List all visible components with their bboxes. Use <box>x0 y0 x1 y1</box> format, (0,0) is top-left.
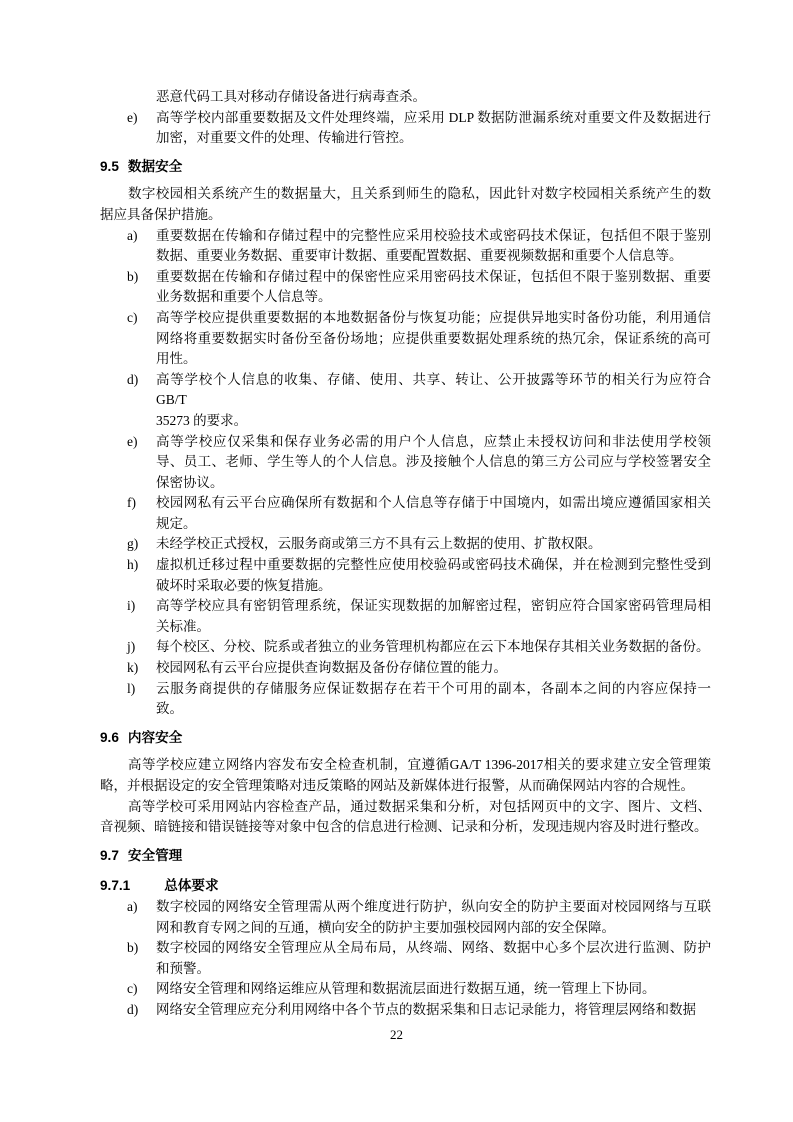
list-item: b)数字校园的网络安全管理应从全局布局，从终端、网络、数据中心多个层次进行监测、… <box>100 938 711 979</box>
paragraph: 数字校园相关系统产生的数据量大，且关系到师生的隐私，因此针对数字校园相关系统产生… <box>100 184 711 225</box>
list-item-marker: d) <box>127 370 138 391</box>
paragraph-line: 高等学校应建立网络内容发布安全检查机制，宜遵循GA/T 1396-2017相关的… <box>100 755 711 776</box>
paragraph-line: 音视频、暗链接和错误链接等对象中包含的信息进行检测、记录和分析，发现违规内容及时… <box>100 817 711 838</box>
list-item-line: 恶意代码工具对移动存储设备进行病毒查杀。 <box>156 87 711 108</box>
list-item-line: 高等学校应具有密钥管理系统，保证实现数据的加解密过程，密钥应符合国家密码管理局相 <box>156 596 711 617</box>
list-item-marker: l) <box>127 679 135 700</box>
list-item-marker: b) <box>127 267 138 288</box>
heading-title: 总体要求 <box>164 878 218 893</box>
list-item-line: 网络安全管理应充分利用网络中各个节点的数据采集和日志记录能力，将管理层网络和数据 <box>156 1000 711 1021</box>
list-item-line: 校园网私有云平台应提供查询数据及备份存储位置的能力。 <box>156 658 711 679</box>
heading-title: 数据安全 <box>128 159 182 174</box>
list-item-line: 高等学校个人信息的收集、存储、使用、共享、转让、公开披露等环节的相关行为应符合 … <box>156 370 711 411</box>
document-page: 恶意代码工具对移动存储设备进行病毒查杀。e)高等学校内部重要数据及文件处理终端，… <box>0 0 793 1122</box>
heading-number: 9.7 <box>100 848 119 863</box>
list-item-line: 保密协议。 <box>156 473 711 494</box>
paragraph-line: 据应具备保护措施。 <box>100 205 711 226</box>
list-item-marker: g) <box>127 534 138 555</box>
list-item-line: 致。 <box>156 699 711 720</box>
paragraph-line: 高等学校可采用网站内容检查产品，通过数据采集和分析，对包括网页中的文字、图片、文… <box>100 797 711 818</box>
list-item: h)虚拟机迁移过程中重要数据的完整性应使用校验码或密码技术确保，并在检测到完整性… <box>100 555 711 596</box>
list-item-line: 破坏时采取必要的恢复措施。 <box>156 576 711 597</box>
list-item: k)校园网私有云平台应提供查询数据及备份存储位置的能力。 <box>100 658 711 679</box>
list-item-marker: a) <box>127 897 138 918</box>
list-item-marker: h) <box>127 555 138 576</box>
list-item-line: 关标准。 <box>156 617 711 638</box>
list-item: d)高等学校个人信息的收集、存储、使用、共享、转让、公开披露等环节的相关行为应符… <box>100 370 711 432</box>
list-item: a)重要数据在传输和存储过程中的完整性应采用校验技术或密码技术保证，包括但不限于… <box>100 226 711 267</box>
paragraph: 高等学校可采用网站内容检查产品，通过数据采集和分析，对包括网页中的文字、图片、文… <box>100 797 711 838</box>
list-item-line: 虚拟机迁移过程中重要数据的完整性应使用校验码或密码技术确保，并在检测到完整性受到 <box>156 555 711 576</box>
document-body: 恶意代码工具对移动存储设备进行病毒查杀。e)高等学校内部重要数据及文件处理终端，… <box>100 87 711 1021</box>
list-item: l)云服务商提供的存储服务应保证数据存在若干个可用的副本，各副本之间的内容应保持… <box>100 679 711 720</box>
list-item: c)网络安全管理和网络运维应从管理和数据流层面进行数据互通，统一管理上下协同。 <box>100 979 711 1000</box>
list-item: b)重要数据在传输和存储过程中的保密性应采用密码技术保证，包括但不限于鉴别数据、… <box>100 267 711 308</box>
list-item-marker: c) <box>127 308 138 329</box>
list-item-line: 网络安全管理和网络运维应从管理和数据流层面进行数据互通，统一管理上下协同。 <box>156 979 711 1000</box>
heading-number: 9.5 <box>100 159 119 174</box>
list-item-line: 校园网私有云平台应确保所有数据和个人信息等存储于中国境内，如需出境应遵循国家相关 <box>156 493 711 514</box>
paragraph-line: 数字校园相关系统产生的数据量大，且关系到师生的隐私，因此针对数字校园相关系统产生… <box>100 184 711 205</box>
heading-title: 安全管理 <box>128 848 182 863</box>
subsection-heading: 9.7.1总体要求 <box>100 876 711 897</box>
list-item-line: 高等学校内部重要数据及文件处理终端，应采用 DLP 数据防泄漏系统对重要文件及数… <box>156 108 711 129</box>
list-item-line: 用性。 <box>156 349 711 370</box>
list-item: g)未经学校正式授权，云服务商或第三方不具有云上数据的使用、扩散权限。 <box>100 534 711 555</box>
list-item-marker: f) <box>127 493 136 514</box>
list-item-marker: k) <box>127 658 138 679</box>
list-item-marker: e) <box>127 432 138 453</box>
list-item: e)高等学校内部重要数据及文件处理终端，应采用 DLP 数据防泄漏系统对重要文件… <box>100 108 711 149</box>
list-item-line: 导、员工、老师、学生等人的个人信息。涉及接触个人信息的第三方公司应与学校签署安全 <box>156 452 711 473</box>
list-item-marker: e) <box>127 108 138 129</box>
list-item-marker: a) <box>127 226 138 247</box>
list-item: 恶意代码工具对移动存储设备进行病毒查杀。 <box>100 87 711 108</box>
heading-number: 9.7.1 <box>100 878 130 893</box>
heading-title: 内容安全 <box>128 730 182 745</box>
page-number: 22 <box>0 1027 793 1043</box>
list-item-line: 高等学校应提供重要数据的本地数据备份与恢复功能；应提供异地实时备份功能，利用通信 <box>156 308 711 329</box>
list-item-marker: b) <box>127 938 138 959</box>
list-item-line: 业务数据和重要个人信息等。 <box>156 287 711 308</box>
section-heading: 9.7安全管理 <box>100 846 711 867</box>
list-item: i)高等学校应具有密钥管理系统，保证实现数据的加解密过程，密钥应符合国家密码管理… <box>100 596 711 637</box>
list-item-line: 云服务商提供的存储服务应保证数据存在若干个可用的副本，各副本之间的内容应保持一 <box>156 679 711 700</box>
list-item-marker: c) <box>127 979 138 1000</box>
list-item-line: 数字校园的网络安全管理应从全局布局，从终端、网络、数据中心多个层次进行监测、防护 <box>156 938 711 959</box>
list-item-line: 数据、重要业务数据、重要审计数据、重要配置数据、重要视频数据和重要个人信息等。 <box>156 246 711 267</box>
list-item-marker: d) <box>127 1000 138 1021</box>
list-item: d)网络安全管理应充分利用网络中各个节点的数据采集和日志记录能力，将管理层网络和… <box>100 1000 711 1021</box>
list-item-marker: j) <box>127 637 135 658</box>
list-item-line: 网络将重要数据实时备份至备份场地；应提供重要数据处理系统的热冗余，保证系统的高可 <box>156 329 711 350</box>
list-item: e)高等学校应仅采集和保存业务必需的用户个人信息，应禁止未授权访问和非法使用学校… <box>100 432 711 494</box>
list-item-line: 未经学校正式授权，云服务商或第三方不具有云上数据的使用、扩散权限。 <box>156 534 711 555</box>
list-item: j)每个校区、分校、院系或者独立的业务管理机构都应在云下本地保存其相关业务数据的… <box>100 637 711 658</box>
list-item-line: 高等学校应仅采集和保存业务必需的用户个人信息，应禁止未授权访问和非法使用学校领 <box>156 432 711 453</box>
list-item: c)高等学校应提供重要数据的本地数据备份与恢复功能；应提供异地实时备份功能，利用… <box>100 308 711 370</box>
list-item-line: 35273 的要求。 <box>156 411 711 432</box>
list-item: f)校园网私有云平台应确保所有数据和个人信息等存储于中国境内，如需出境应遵循国家… <box>100 493 711 534</box>
list-item-marker: i) <box>127 596 135 617</box>
list-item-line: 加密，对重要文件的处理、传输进行管控。 <box>156 128 711 149</box>
list-item-line: 数字校园的网络安全管理需从两个维度进行防护，纵向安全的防护主要面对校园网络与互联 <box>156 897 711 918</box>
list-item-line: 重要数据在传输和存储过程中的完整性应采用校验技术或密码技术保证，包括但不限于鉴别 <box>156 226 711 247</box>
list-item-line: 每个校区、分校、院系或者独立的业务管理机构都应在云下本地保存其相关业务数据的备份… <box>156 637 711 658</box>
list-item-line: 重要数据在传输和存储过程中的保密性应采用密码技术保证，包括但不限于鉴别数据、重要 <box>156 267 711 288</box>
section-heading: 9.5数据安全 <box>100 157 711 178</box>
list-item: a)数字校园的网络安全管理需从两个维度进行防护，纵向安全的防护主要面对校园网络与… <box>100 897 711 938</box>
section-heading: 9.6内容安全 <box>100 728 711 749</box>
heading-number: 9.6 <box>100 730 119 745</box>
list-item-line: 规定。 <box>156 514 711 535</box>
paragraph-line: 略，并根据设定的安全管理策略对违反策略的网站及新媒体进行报警，从而确保网站内容的… <box>100 776 711 797</box>
list-item-line: 和预警。 <box>156 959 711 980</box>
paragraph: 高等学校应建立网络内容发布安全检查机制，宜遵循GA/T 1396-2017相关的… <box>100 755 711 796</box>
list-item-line: 网和教育专网之间的互通，横向安全的防护主要加强校园网内部的安全保障。 <box>156 918 711 939</box>
